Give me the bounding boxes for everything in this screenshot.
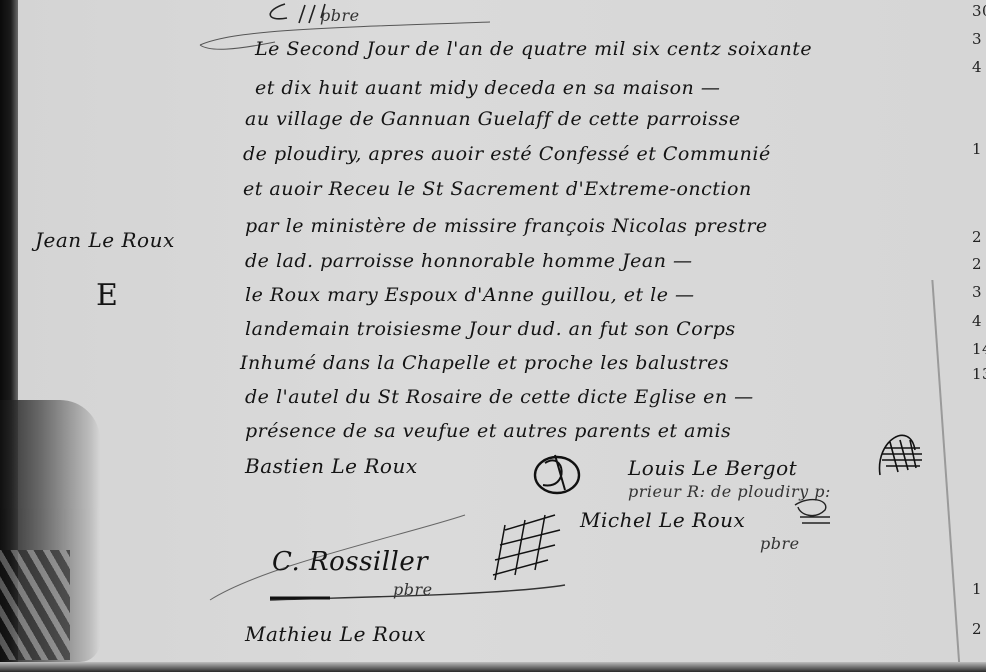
margin-number: 14: [972, 340, 986, 358]
margin-number: 2: [972, 228, 982, 246]
margin-number: 2: [972, 255, 982, 273]
margin-name: Jean Le Roux: [35, 228, 175, 252]
text-line-12: présence de sa veufue et autres parents …: [245, 420, 731, 442]
signature-rossiller: C. Rossiller: [272, 547, 428, 577]
margin-number: 1: [972, 580, 982, 598]
text-line-5: et auoir Receu le St Sacrement d'Extreme…: [243, 178, 752, 200]
margin-number: 4: [972, 58, 982, 76]
text-line-6: par le ministère de missire françois Nic…: [245, 215, 768, 237]
page-fold-line: [931, 280, 960, 670]
text-line-11: de l'autel du St Rosaire de cette dicte …: [245, 386, 754, 408]
text-line-8: le Roux mary Espoux d'Anne guillou, et l…: [245, 284, 695, 306]
signature-michel: Michel Le Roux: [580, 508, 745, 532]
signature-louis-paraph: [870, 420, 930, 490]
margin-number: 2: [972, 620, 982, 638]
signature-mathieu: Mathieu Le Roux: [245, 622, 426, 646]
signature-rossiller-title: pbre: [393, 580, 433, 599]
page-bottom-edge: [0, 662, 986, 672]
signature-louis: Louis Le Bergot: [628, 456, 797, 480]
signature-mark-flourish: [525, 445, 590, 505]
margin-number: 4: [972, 312, 982, 330]
page-edge-shadow: [0, 400, 100, 662]
signature-michel-title: pbre: [760, 534, 800, 553]
text-line-3: au village de Gannuan Guelaff de cette p…: [245, 108, 741, 130]
text-line-4: de ploudiry, apres auoir esté Confessé e…: [243, 143, 771, 165]
margin-number: 3: [972, 283, 982, 301]
margin-mark: E: [96, 278, 118, 313]
text-line-7: de lad. parroisse honnorable homme Jean …: [245, 250, 693, 272]
margin-number: 3: [972, 30, 982, 48]
signature-michel-paraph: [790, 495, 840, 535]
signature-bastien: Bastien Le Roux: [245, 454, 418, 478]
margin-number: 30: [972, 2, 986, 20]
text-line-10: Inhumé dans la Chapelle et proche les ba…: [240, 352, 729, 374]
top-signature-title: pbre: [320, 6, 360, 25]
margin-number: 13: [972, 365, 986, 383]
register-page: pbre Le Second Jour de l'an de quatre mi…: [0, 0, 986, 672]
text-line-2: et dix huit auant midy deceda en sa mais…: [255, 77, 720, 99]
text-line-9: landemain troisiesme Jour dud. an fut so…: [245, 318, 736, 340]
margin-number: 1: [972, 140, 982, 158]
text-line-1: Le Second Jour de l'an de quatre mil six…: [255, 38, 812, 60]
